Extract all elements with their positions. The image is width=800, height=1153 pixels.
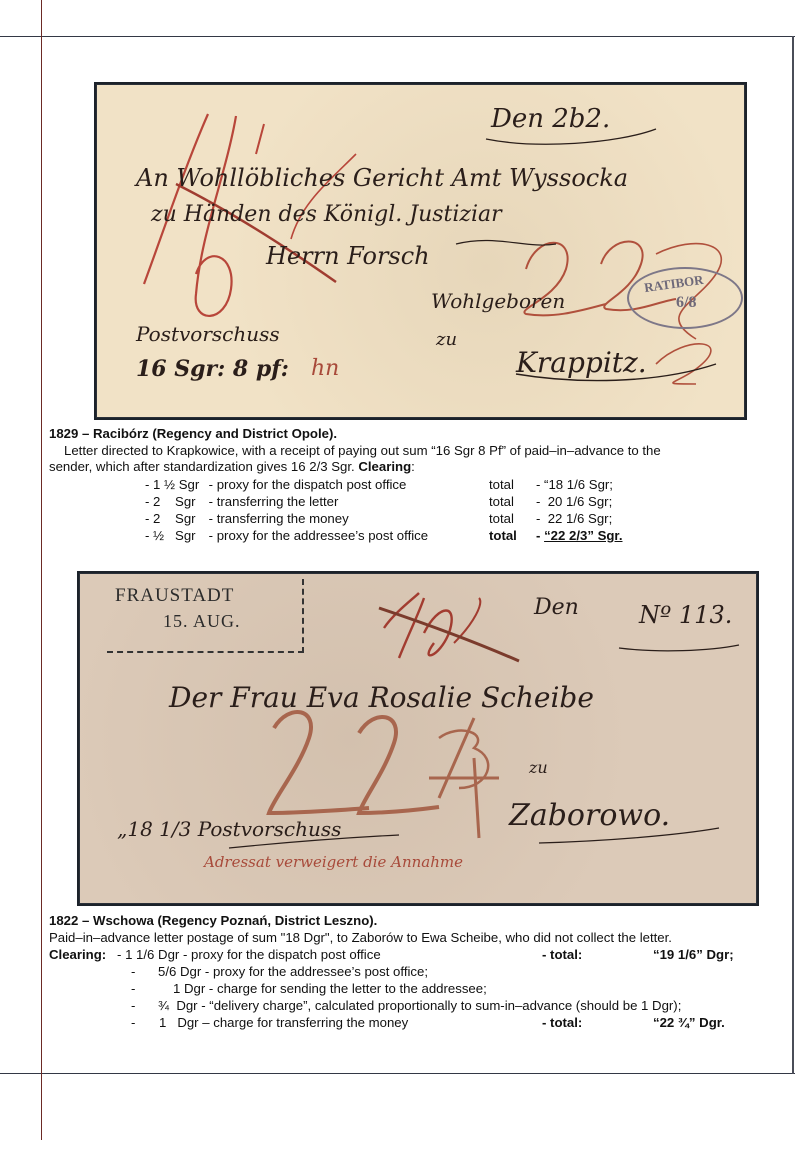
total-prefix: - <box>536 528 544 543</box>
clearing-total-value: - 22 1/6 Sgr; <box>536 511 612 526</box>
clearing-amount: 1 Dgr <box>173 981 205 996</box>
caption-description-line-2: sender, which after standardization give… <box>49 459 794 476</box>
handwritten-address-line-3: Herrn Forsch <box>266 242 430 270</box>
clearing-total-label: total <box>489 477 514 492</box>
caption-text: sender, which after standardization give… <box>49 459 358 474</box>
clearing-amount: ¾ Dgr <box>158 998 198 1013</box>
clearing-amount: - 2 Sgr <box>145 494 205 509</box>
clearing-amount: - 2 Sgr <box>145 511 205 526</box>
red-note-refused: Adressat verweigert die Annahme <box>204 853 463 871</box>
cover-1829-raciborz: Den 2b2. An Wohllöbliches Gericht Amt Wy… <box>94 82 747 420</box>
caption-text: : <box>411 459 415 474</box>
clearing-total-value: “19 1/6” Dgr; <box>653 947 734 962</box>
clearing-description: - “delivery charge”, calculated proporti… <box>201 998 681 1013</box>
postmark-town: FRAUSTADT <box>115 585 234 607</box>
clearing-label: Clearing <box>358 459 411 474</box>
caption-title: 1829 – Racibórz (Regency and District Op… <box>49 426 794 443</box>
page-frame-bottom-line <box>0 1073 795 1074</box>
clearing-description: - transferring the money <box>209 511 349 526</box>
clearing-description: - transferring the letter <box>209 494 339 509</box>
clearing-dash: - <box>131 981 173 996</box>
clearing-description: - proxy for the addressee’s post office; <box>205 964 428 979</box>
caption-title: 1822 – Wschowa (Regency Poznań, District… <box>49 913 794 930</box>
clearing-description: - charge for sending the letter to the a… <box>209 981 487 996</box>
clearing-final-total: - “22 2/3” Sgr. <box>536 528 623 543</box>
clearing-amount: 5/6 Dgr <box>158 964 201 979</box>
clearing-description: - proxy for the addressee’s post office <box>209 528 428 543</box>
clearing-amount: - 1 ½ Sgr <box>145 477 205 492</box>
clearing-row: -5/6 Dgr - proxy for the addressee’s pos… <box>131 964 428 979</box>
postmark-date: 15. AUG. <box>163 611 241 632</box>
clearing-total-label: total <box>489 528 517 543</box>
red-mark-small: hn <box>311 356 339 381</box>
clearing-row: -1 Dgr - charge for sending the letter t… <box>131 981 487 996</box>
clearing-total-label: - total: <box>542 947 582 962</box>
clearing-total-label: - total: <box>542 1015 582 1030</box>
handwritten-address-line-5: zu <box>436 329 457 350</box>
clearing-dash: - <box>131 1015 159 1030</box>
clearing-final-total: “22 ¾” Dgr. <box>653 1015 725 1030</box>
clearing-amount: 1 Dgr <box>159 1015 199 1030</box>
handwritten-address-line-2: zu <box>529 758 548 777</box>
clearing-total-value: - 20 1/6 Sgr; <box>536 494 612 509</box>
caption-description-line-1: Paid–in–advance letter postage of sum "1… <box>49 930 794 947</box>
handwritten-address-line-1: Der Frau Eva Rosalie Scheibe <box>169 681 594 714</box>
clearing-row: - ½ Sgr - proxy for the addressee’s post… <box>145 528 428 543</box>
clearing-amount: - ½ Sgr <box>145 528 205 543</box>
clearing-dash: - <box>117 947 125 962</box>
total-value: “22 2/3” Sgr. <box>544 528 622 543</box>
clearing-description: - proxy for the dispatch post office <box>183 947 381 962</box>
handwritten-address-line-1: An Wohllöbliches Gericht Amt Wyssocka <box>136 164 628 192</box>
handwritten-postvorschuss: „18 1/3 Postvorschuss <box>117 817 341 841</box>
handwritten-address-line-4: Wohlgeboren <box>431 289 565 313</box>
clearing-label: Clearing: <box>49 947 106 962</box>
clearing-row: - 1 1/6 Dgr - proxy for the dispatch pos… <box>117 947 381 962</box>
caption-1829: 1829 – Racibórz (Regency and District Op… <box>49 426 794 476</box>
handwritten-destination: Zaborowo. <box>509 798 670 833</box>
clearing-row: - 1 ½ Sgr - proxy for the dispatch post … <box>145 477 406 492</box>
handwritten-number: Nº 113. <box>639 601 732 629</box>
handwritten-top-right: Den 2b2. <box>491 104 610 134</box>
postmark-date: 6/8 <box>676 294 696 312</box>
handwritten-amount: 16 Sgr: 8 pf: <box>136 356 289 382</box>
clearing-dash: - <box>131 964 158 979</box>
clearing-amount: 1 1/6 Dgr <box>125 947 179 962</box>
clearing-dash: - <box>131 998 158 1013</box>
clearing-description: – charge for transferring the money <box>202 1015 408 1030</box>
handwritten-postvorschuss: Postvorschuss <box>136 322 280 346</box>
caption-text: Letter directed to Krapkowice, with a re… <box>64 443 661 458</box>
clearing-row: - 2 Sgr - transferring the money <box>145 511 349 526</box>
clearing-total-value: - “18 1/6 Sgr; <box>536 477 613 492</box>
clearing-row: -1 Dgr – charge for transferring the mon… <box>131 1015 408 1030</box>
clearing-row: - 2 Sgr - transferring the letter <box>145 494 338 509</box>
handwritten-destination: Krappitz. <box>516 346 647 379</box>
cover-1822-wschowa: FRAUSTADT 15. AUG. Den Nº 113. Der Frau … <box>77 571 759 906</box>
handwritten-den: Den <box>534 595 579 620</box>
clearing-total-label: total <box>489 494 514 509</box>
page-frame-top-line <box>0 36 795 37</box>
handwritten-address-line-2: zu Händen des Königl. Justiziar <box>151 202 502 227</box>
caption-1822: 1822 – Wschowa (Regency Poznań, District… <box>49 913 794 946</box>
page-margin-line <box>41 0 42 1140</box>
clearing-total-label: total <box>489 511 514 526</box>
clearing-row: -¾ Dgr - “delivery charge”, calculated p… <box>131 998 681 1013</box>
clearing-description: - proxy for the dispatch post office <box>209 477 407 492</box>
caption-description-line-1: Letter directed to Krapkowice, with a re… <box>49 443 794 460</box>
